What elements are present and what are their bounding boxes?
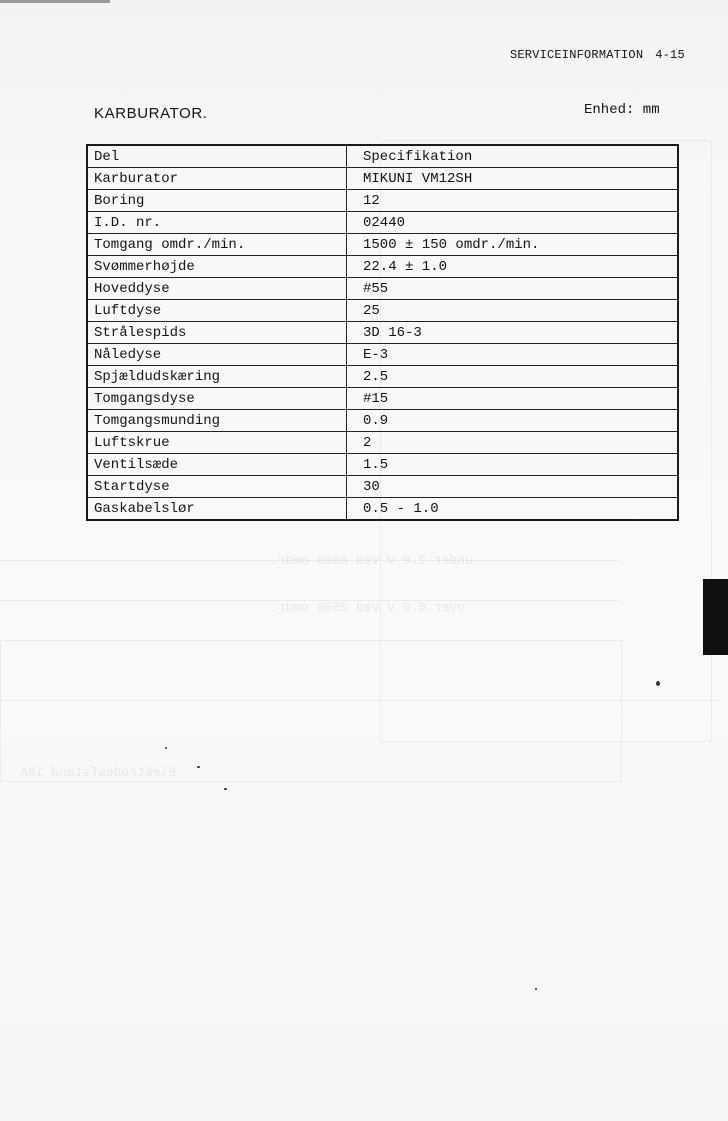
- table-row: Tomgang omdr./min.1500 ± 150 omdr./min.: [87, 234, 678, 256]
- part-name-cell: Ventilsæde: [87, 454, 347, 476]
- table-header-row: Del Specifikation: [87, 145, 678, 168]
- specification-cell: 0.9: [347, 410, 679, 432]
- bleed-through-text: under 2.0 V ved 8000 omdr.: [270, 553, 473, 568]
- specification-cell: MIKUNI VM12SH: [347, 168, 679, 190]
- scan-speck: [197, 766, 200, 768]
- header-section: SERVICEINFORMATION: [510, 48, 643, 62]
- column-header-spec: Specifikation: [347, 145, 679, 168]
- specification-cell: 0.5 - 1.0: [347, 498, 679, 521]
- part-name-cell: Hoveddyse: [87, 278, 347, 300]
- table-row: Spjældudskæring2.5: [87, 366, 678, 388]
- table-row: Startdyse30: [87, 476, 678, 498]
- specification-cell: 2.5: [347, 366, 679, 388]
- bleed-through-box: [0, 640, 622, 782]
- part-name-cell: I.D. nr.: [87, 212, 347, 234]
- specification-cell: 22.4 ± 1.0: [347, 256, 679, 278]
- table-row: Hoveddyse#55: [87, 278, 678, 300]
- scan-speck: [535, 988, 537, 990]
- part-name-cell: Svømmerhøjde: [87, 256, 347, 278]
- scan-edge-shadow: [0, 0, 110, 3]
- table-row: Strålespids3D 16-3: [87, 322, 678, 344]
- bleed-through-line: [0, 700, 720, 701]
- page-header: SERVICEINFORMATION4-15: [510, 48, 685, 62]
- bleed-through-text: over 6.0 V ved 2500 omdr.: [270, 600, 465, 615]
- table-row: NåledyseE-3: [87, 344, 678, 366]
- specification-cell: 2: [347, 432, 679, 454]
- part-name-cell: Tomgang omdr./min.: [87, 234, 347, 256]
- section-title: KARBURATOR.: [94, 105, 208, 122]
- table-row: Gaskabelslør0.5 - 1.0: [87, 498, 678, 521]
- page-number: 4-15: [655, 48, 685, 62]
- specification-cell: 12: [347, 190, 679, 212]
- specification-cell: 02440: [347, 212, 679, 234]
- column-header-part: Del: [87, 145, 347, 168]
- specification-cell: 3D 16-3: [347, 322, 679, 344]
- part-name-cell: Boring: [87, 190, 347, 212]
- table-row: Tomgangsmunding0.9: [87, 410, 678, 432]
- document-page: under 2.0 V ved 8000 omdr. over 6.0 V ve…: [0, 0, 728, 1121]
- table-row: Boring12: [87, 190, 678, 212]
- part-name-cell: Tomgangsmunding: [87, 410, 347, 432]
- part-name-cell: Karburator: [87, 168, 347, 190]
- bleed-through-text: Elektrodeafstand 18A: [20, 765, 176, 780]
- scan-speck: [224, 788, 227, 790]
- scan-speck: [165, 747, 167, 749]
- scan-speck: [656, 681, 660, 686]
- part-name-cell: Gaskabelslør: [87, 498, 347, 521]
- specification-cell: 1500 ± 150 omdr./min.: [347, 234, 679, 256]
- page-edge-tab-marker: [703, 579, 728, 655]
- table-row: Luftdyse25: [87, 300, 678, 322]
- carburetor-spec-table: Del Specifikation KarburatorMIKUNI VM12S…: [86, 144, 679, 521]
- specification-cell: #15: [347, 388, 679, 410]
- part-name-cell: Luftskrue: [87, 432, 347, 454]
- specification-cell: 25: [347, 300, 679, 322]
- table-row: Luftskrue2: [87, 432, 678, 454]
- specification-cell: E-3: [347, 344, 679, 366]
- specification-cell: #55: [347, 278, 679, 300]
- part-name-cell: Strålespids: [87, 322, 347, 344]
- part-name-cell: Luftdyse: [87, 300, 347, 322]
- part-name-cell: Nåledyse: [87, 344, 347, 366]
- part-name-cell: Tomgangsdyse: [87, 388, 347, 410]
- part-name-cell: Startdyse: [87, 476, 347, 498]
- table-row: Svømmerhøjde22.4 ± 1.0: [87, 256, 678, 278]
- table-row: KarburatorMIKUNI VM12SH: [87, 168, 678, 190]
- table-row: Tomgangsdyse#15: [87, 388, 678, 410]
- table-row: Ventilsæde1.5: [87, 454, 678, 476]
- table-row: I.D. nr.02440: [87, 212, 678, 234]
- unit-label: Enhed: mm: [584, 102, 660, 118]
- specification-cell: 1.5: [347, 454, 679, 476]
- specification-cell: 30: [347, 476, 679, 498]
- part-name-cell: Spjældudskæring: [87, 366, 347, 388]
